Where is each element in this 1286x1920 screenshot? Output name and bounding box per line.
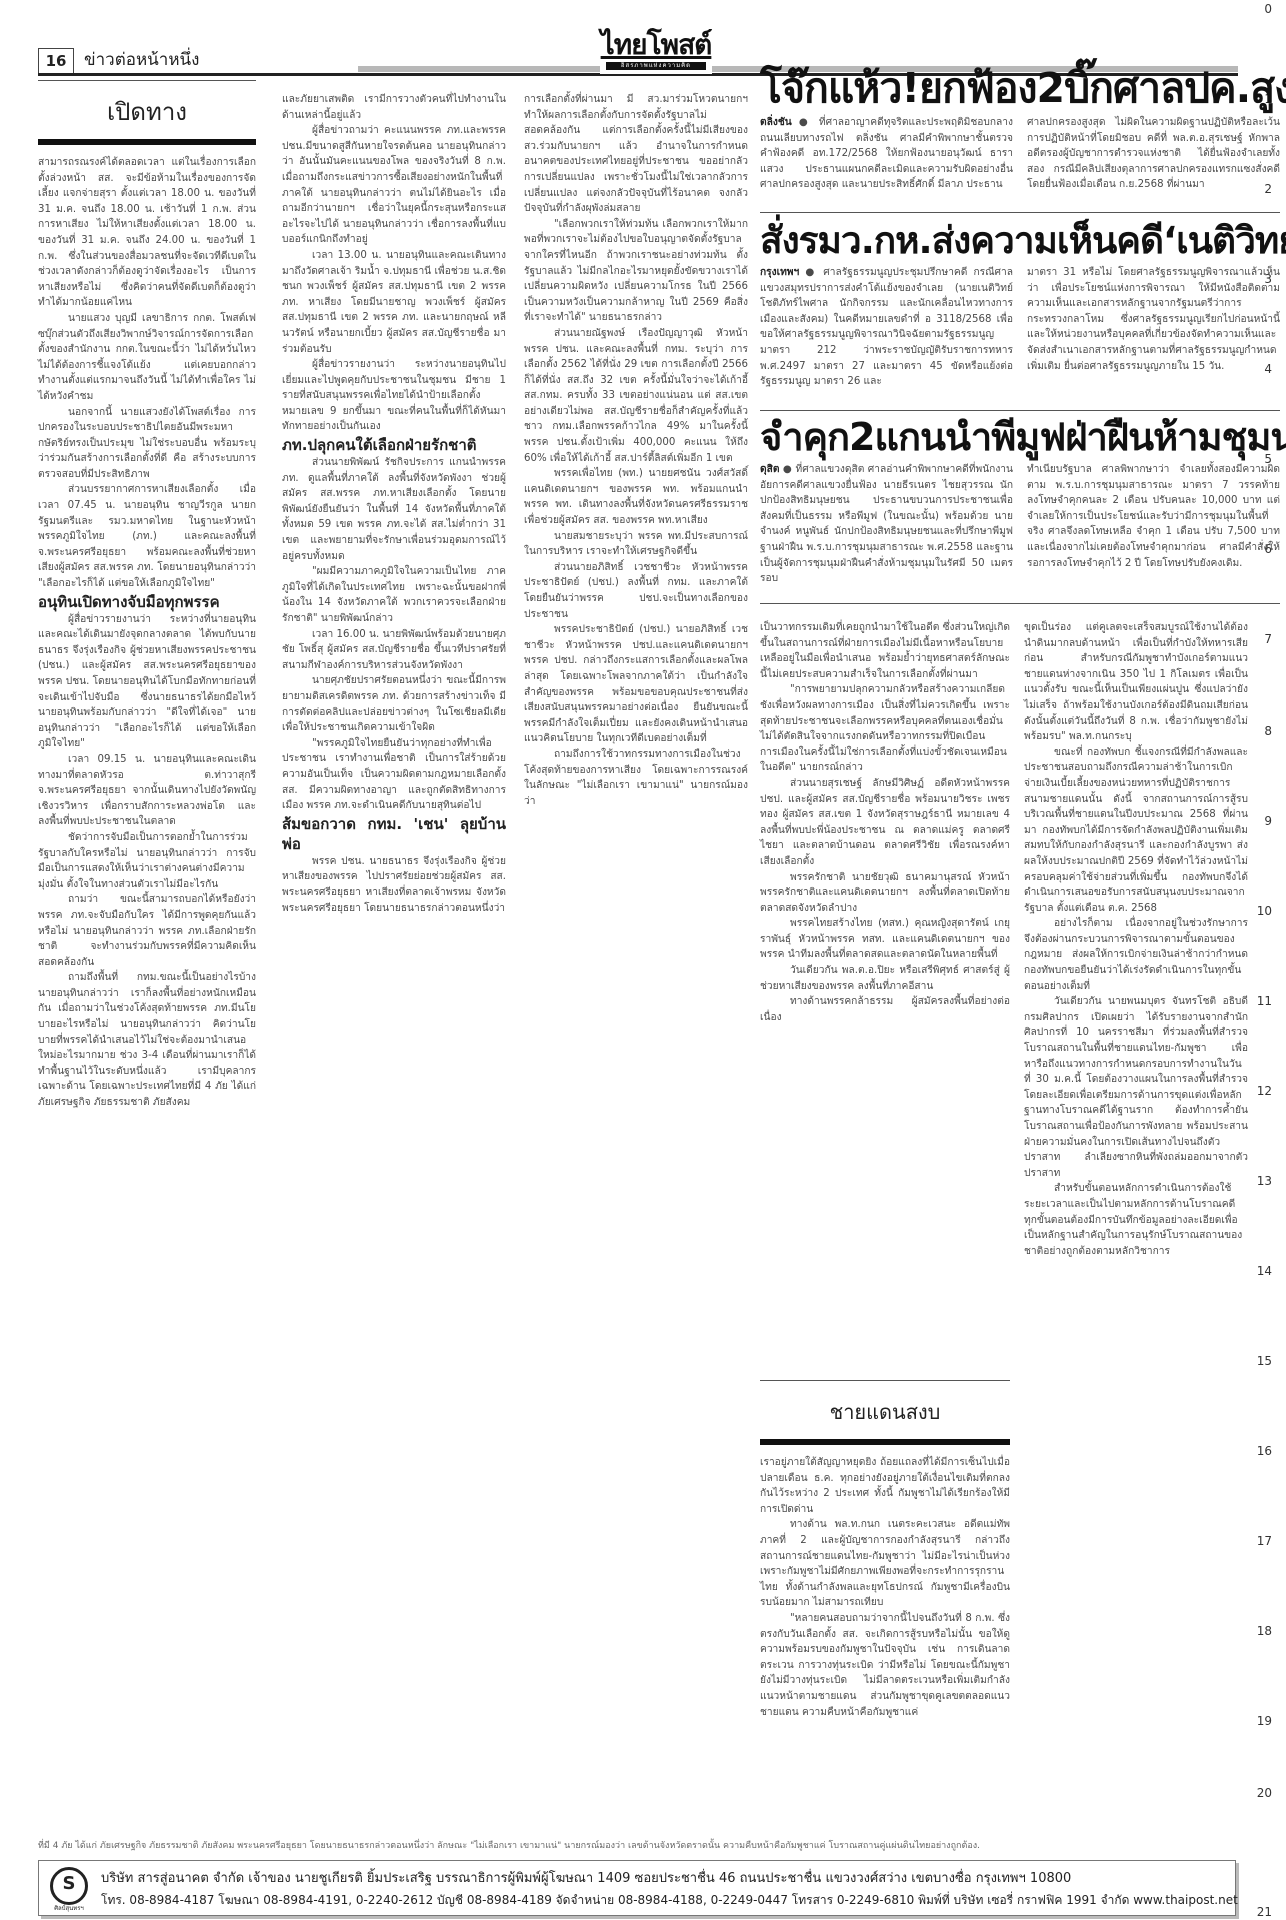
bottom-continuation-strip: ที่มี 4 ภัย ได้แก่ ภัยเศรษฐกิจ ภัยธรรมชา… [38, 1838, 1234, 1852]
divider [760, 603, 1280, 604]
paragraph: เราอยู่ภายใต้สัญญาหยุดยิง ถ้อยแถลงที่ได้… [760, 1455, 1010, 1517]
paragraph: พรรค ปชน. นายธนาธร จึงรุ่งเรืองกิจ ผู้ช่… [282, 854, 506, 916]
paragraph: วันเดียวกัน นายพนมบุตร จันทรโชติ อธิบดีก… [1024, 994, 1248, 1181]
story-text: ที่ศาลแขวงดุสิต ศาลอ่านคำพิพากษาคดีที่พน… [760, 464, 1013, 584]
paragraph: และภัยยาเสพติด เรามีการวางตัวคนที่ไปทำงา… [282, 92, 506, 123]
page-number: 16 [38, 48, 74, 74]
paragraph: "ผมมีความภาคภูมิใจในความเป็นไทย ภาคภูมิใ… [282, 564, 506, 626]
subhead: ส้มขอกวาด กทม. 'เชน' ลุยบ้านพ่อ [282, 814, 506, 854]
publisher-logo-caption: ศิลป์สุนทรฯ [49, 1905, 89, 1913]
story-col-left: ดุสิต ● ที่ศาลแขวงดุสิต ศาลอ่านคำพิพากษา… [760, 462, 1013, 587]
paragraph: ส่วนบรรยากาศการหาเสียงเลือกตั้ง เมื่อเวล… [38, 482, 256, 591]
paragraph: ทางด้าน พล.ท.กนก เนตระคะเวสนะ อดีตแม่ทัพ… [760, 1517, 1010, 1611]
story-body: ตลิ่งชัน ● ที่ศาลอาญาคดีทุจริตและประพฤติ… [760, 115, 1280, 193]
paragraph: การเลือกตั้งที่ผ่านมา มี สว.มาร่วมโหวตนา… [524, 92, 748, 217]
ruler-mark: 10 [1257, 904, 1272, 918]
column-three: การเลือกตั้งที่ผ่านมา มี สว.มาร่วมโหวตนา… [524, 92, 748, 809]
ruler-mark: 18 [1257, 1624, 1272, 1638]
ruler-mark: 17 [1257, 1534, 1272, 1548]
story-body: กรุงเทพฯ ● ศาลรัฐธรรมนูญประชุมปรึกษาคดี … [760, 265, 1280, 390]
paragraph: ขณะที่ กองทัพบก ชี้แจงกรณีที่มีกำลังพลแล… [1024, 745, 1248, 917]
paragraph: ชัดว่าการจับมือเป็นการตอกย้ำในการร่วมรัฐ… [38, 830, 256, 892]
logo-tagline: อิสรภาพแห่งความคิด [606, 62, 706, 70]
divider [38, 139, 256, 145]
paragraph: ถามว่า ขณะนี้สามารถบอกได้หรือยังว่าพรรค … [38, 892, 256, 970]
paragraph: เวลา 09.15 น. นายอนุทินและคณะเดินทางมาที… [38, 752, 256, 830]
dateline: กรุงเทพฯ [760, 267, 799, 278]
story-col-right: ศาลปกครองสูงสุด ไม่ผิดในความผิดฐานปฏิบัต… [1027, 115, 1280, 193]
story-body: ดุสิต ● ที่ศาลแขวงดุสิต ศาลอ่านคำพิพากษา… [760, 462, 1280, 587]
story-text: ที่ศาลอาญาคดีทุจริตและประพฤติมิชอบกลาง ถ… [760, 117, 1013, 190]
paragraph: พรรคเพื่อไทย (พท.) นายยศชนัน วงศ์สวัสดิ์… [524, 466, 748, 528]
story-text: ศาลรัฐธรรมนูญประชุมปรึกษาคดี กรณีศาลแขวง… [760, 267, 1013, 387]
ruler-mark: 13 [1257, 1174, 1272, 1188]
column-title: เปิดทาง [38, 97, 256, 127]
paragraph: ถามถึงพื้นที่ กทม.ขณะนี้เป็นอย่างไรบ้าง … [38, 970, 256, 1110]
paragraph: เวลา 13.00 น. นายอนุทินและคณะเดินทางมาถึ… [282, 248, 506, 357]
logo-text: ไทยโพสต์ [600, 28, 712, 62]
column-header: เปิดทาง [38, 80, 256, 145]
column-title: ชายแดนสงบ [760, 1397, 1010, 1427]
divider [760, 410, 1280, 411]
paragraph: "การพยายามปลุกความกลัวหรือสร้างความเกลีย… [760, 682, 1010, 776]
divider [760, 212, 1280, 213]
paragraph: ผู้สื่อข่าวรายงานว่า ระหว่างที่นายอนุทิน… [38, 612, 256, 752]
ruler-mark: 21 [1257, 1905, 1272, 1919]
divider [38, 80, 256, 81]
paragraph: ถามถึงการใช้วาทกรรมทางการเมืองในช่วงโค้ง… [524, 747, 748, 809]
story-col-left: กรุงเทพฯ ● ศาลรัฐธรรมนูญประชุมปรึกษาคดี … [760, 265, 1013, 390]
column-header: ชายแดนสงบ [760, 1380, 1010, 1445]
ruler-mark: 7 [1264, 632, 1272, 646]
paragraph: นายศุภชัยปราศรัยตอนหนึ่งว่า ขณะนี้มีการพ… [282, 673, 506, 735]
publisher-logo-icon [50, 1867, 88, 1905]
paragraph: สามารถรณรงค์ได้ตลอดเวลา แต่ในเรื่องการเล… [38, 155, 256, 311]
paragraph: ส่วนนายอภิสิทธิ์ เวชชาชีวะ หัวหน้าพรรคปร… [524, 560, 748, 622]
publisher-logo: ศิลป์สุนทรฯ [49, 1867, 89, 1909]
story-col-left: ตลิ่งชัน ● ที่ศาลอาญาคดีทุจริตและประพฤติ… [760, 115, 1013, 193]
paragraph: เป็นวาทกรรมเดิมที่เคยถูกนำมาใช้ในอดีต ซึ… [760, 620, 1010, 682]
headline: สั่งรมว.กห.ส่งความเห็นคดี‘เนติวิทย์’ [760, 222, 1280, 259]
dateline: ดุสิต [760, 464, 779, 475]
paragraph: "พรรคภูมิใจไทยยืนยันว่าทุกอย่างที่ทำเพื่… [282, 736, 506, 814]
paragraph: สำหรับขั้นตอนหลักการดำเนินการต้องใช้ระยะ… [1024, 1181, 1248, 1259]
publisher-footer: ศิลป์สุนทรฯ บริษัท สารสู่อนาคต จำกัด เจ้… [38, 1860, 1236, 1916]
publisher-info: บริษัท สารสู่อนาคต จำกัด เจ้าของ นายชูเก… [101, 1867, 1071, 1888]
column-two: และภัยยาเสพติด เรามีการวางตัวคนที่ไปทำงา… [282, 92, 506, 916]
divider [760, 1439, 1010, 1445]
paragraph: พรรคประชาธิปัตย์ (ปชป.) นายอภิสิทธิ์ เวช… [524, 622, 748, 747]
paragraph: อย่างไรก็ตาม เนื่องจากอยู่ในช่วงรักษาการ… [1024, 916, 1248, 994]
continued-col-left: เป็นวาทกรรมเดิมที่เคยถูกนำมาใช้ในอดีต ซึ… [760, 620, 1010, 1025]
story-col-right: ทำเนียบรัฐบาล ศาลพิพากษาว่า จำเลยทั้งสอง… [1027, 462, 1280, 587]
paragraph: ขุดเป็นร่อง แต่คูเลตจะเสร็จสมบูรณ์ใช้งาน… [1024, 620, 1248, 745]
paragraph: ผู้สื่อข่าวรายงานว่า ระหว่างนายอนุทินไปเ… [282, 357, 506, 435]
paragraph: วันเดียวกัน พล.ต.อ.ปิยะ หรือเสรีพิศุทธ์ … [760, 963, 1010, 994]
paragraph: นอกจากนี้ นายแสวงยังได้โพสต์เรื่อง การปก… [38, 405, 256, 483]
paragraph: นายแสวง บุญมี เลขาธิการ กกต. โพสต์เฟซบุ๊… [38, 311, 256, 405]
paragraph: ส่วนนายณัฐพงษ์ เรืองปัญญาวุฒิ หัวหน้าพรร… [524, 326, 748, 466]
subhead: อนุทินเปิดทางจับมือทุกพรรค [38, 592, 256, 612]
ruler-mark: 20 [1257, 1786, 1272, 1800]
story-joke-acquittal: โจ๊กแห้ว!ยกฟ้อง2บิ๊กศาลปค.สูงสุด ตลิ่งชั… [760, 68, 1280, 193]
ruler-mark: 16 [1257, 1444, 1272, 1458]
headline: โจ๊กแห้ว!ยกฟ้อง2บิ๊กศาลปค.สูงสุด [760, 68, 1280, 109]
column-opinion: เปิดทาง สามารถรณรงค์ได้ตลอดเวลา แต่ในเรื… [38, 80, 256, 1111]
ruler-mark: 12 [1257, 1084, 1272, 1098]
paragraph: ส่วนนายสุรเชษฐ์ ลักษมีวิศิษฏ์ อดีตหัวหน้… [760, 776, 1010, 870]
paragraph: ส่วนนายพิพัฒน์ รัชกิจประการ แกนนำพรรค ภท… [282, 455, 506, 564]
story-pmove-jail: จำคุก2แกนนำพีมูฟฝ่าฝืนห้ามชุมนุม ดุสิต ●… [760, 418, 1280, 587]
paragraph: ผู้สื่อข่าวถามว่า คะแนนพรรค ภท.และพรรค ป… [282, 123, 506, 248]
dateline: ตลิ่งชัน [760, 117, 792, 128]
paragraph: "หลายคนสอบถามว่าจากนี้ไปจนถึงวันที่ 8 ก.… [760, 1611, 1010, 1720]
section-label: ข่าวต่อหน้าหนึ่ง [84, 48, 199, 72]
ruler-mark: 9 [1264, 814, 1272, 828]
paragraph: "เลือกพวกเราให้ท่วมท้น เลือกพวกเราให้มาก… [524, 217, 748, 326]
ruler-mark: 14 [1257, 1264, 1272, 1278]
ruler-mark: 19 [1257, 1714, 1272, 1728]
masthead-logo: ไทยโพสต์ อิสรภาพแห่งความคิด [600, 28, 712, 74]
paragraph: พรรคไทยสร้างไทย (ทสท.) คุณหญิงสุดารัตน์ … [760, 916, 1010, 963]
publisher-contact: โทร. 08-8984-4187 โฆษณา 08-8984-4191, 0-… [101, 1891, 1238, 1910]
divider [760, 1380, 1010, 1381]
ruler-mark: 15 [1257, 1354, 1272, 1368]
column-border: ชายแดนสงบ เราอยู่ภายใต้สัญญาหยุดยิง ถ้อย… [760, 1380, 1010, 1720]
subhead: ภท.ปลุกคนใต้เลือกฝ่ายรักชาติ [282, 435, 506, 455]
paragraph: นายสมชายระบุว่า พรรค พท.มีประสบการณ์ในกา… [524, 529, 748, 560]
headline: จำคุก2แกนนำพีมูฟฝ่าฝืนห้ามชุมนุม [760, 418, 1280, 456]
story-col-right: มาตรา 31 หรือไม่ โดยศาลรัฐธรรมนูญพิจารณา… [1027, 265, 1280, 390]
ruler-mark: 8 [1264, 724, 1272, 738]
paragraph: ทางด้านพรรคกล้าธรรม ผู้สมัครลงพื้นที่อย่… [760, 994, 1010, 1025]
ruler-mark: 11 [1257, 994, 1272, 1008]
paragraph: พรรครักชาติ นายชัยวุฒิ ธนาคมานุสรณ์ หัวห… [760, 870, 1010, 917]
story-netiwit: สั่งรมว.กห.ส่งความเห็นคดี‘เนติวิทย์’ กรุ… [760, 222, 1280, 390]
continued-col-right: ขุดเป็นร่อง แต่คูเลตจะเสร็จสมบูรณ์ใช้งาน… [1024, 620, 1248, 1259]
ruler-mark: 0 [1264, 2, 1272, 16]
paragraph: เวลา 16.00 น. นายพิพัฒน์พร้อมด้วยนายศุภช… [282, 627, 506, 674]
